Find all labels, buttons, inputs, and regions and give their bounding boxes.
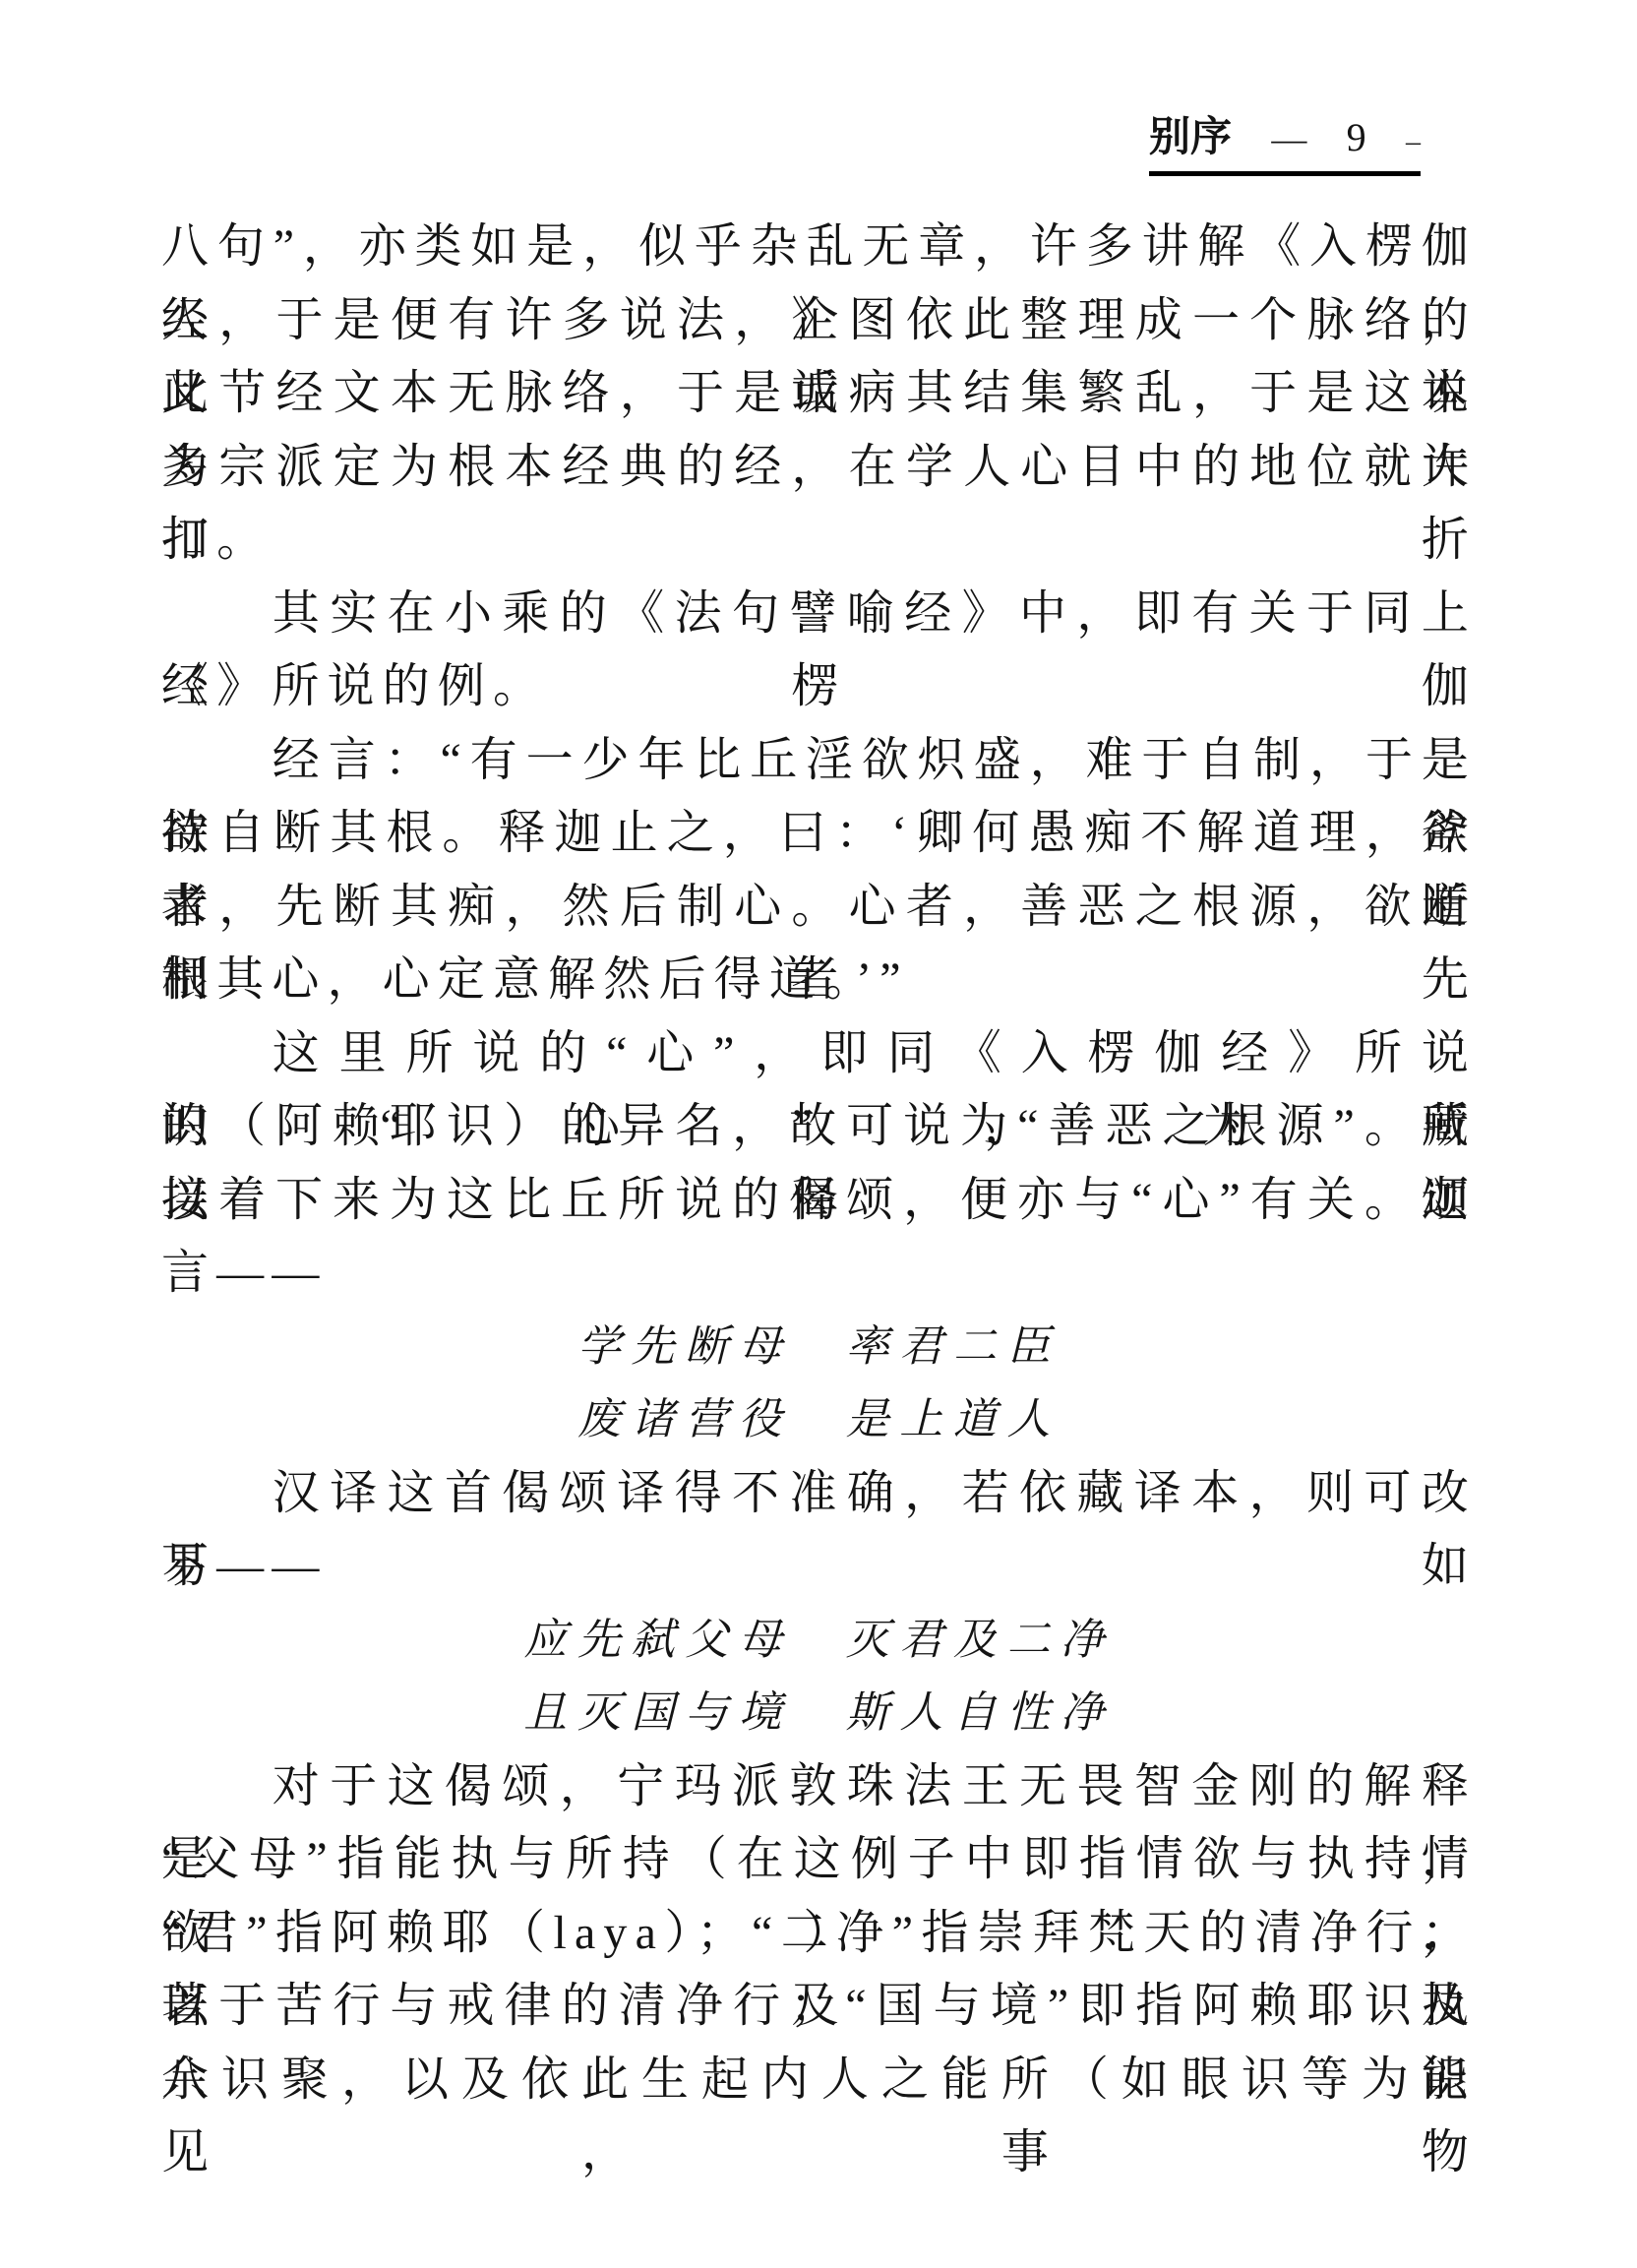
header-dash-right: –: [1406, 125, 1421, 158]
verse-line: 学先断母 率君二臣: [161, 1311, 1477, 1384]
text-line: 经言：“有一少年比丘淫欲炽盛，难于自制，于是持斧: [161, 724, 1477, 798]
text-line: 此节经文本无脉络，于是诟病其结集繁乱，于是这本为许: [161, 357, 1477, 431]
verse-line: 应先弑父母 灭君及二净: [161, 1604, 1477, 1678]
section-title: 别序: [1149, 104, 1232, 163]
text-line: 言——: [161, 1237, 1477, 1311]
book-page: 别序 — 9 – 八句”，亦类如是，似乎杂乱无章，许多讲解《入楞伽经》的 人，于…: [0, 0, 1637, 2268]
text-line: 八句”，亦类如是，似乎杂乱无章，许多讲解《入楞伽经》的: [161, 211, 1477, 284]
text-line: 八识聚，以及依此生起内人之能所（如眼识等为能见，事物: [161, 2044, 1477, 2117]
text-line: 人，于是便有许多说法，企图依此整理成一个脉络，又或说: [161, 284, 1477, 358]
text-line: 著于苦行与戒律的清净行；“国与境”即指阿赖耶识及余识: [161, 1970, 1477, 2044]
verse-line: 且灭国与境 斯人自性净: [161, 1677, 1477, 1750]
text-line: 识（阿赖耶识）的异名，故可说为“善恶之根源”。所以释迦: [161, 1090, 1477, 1164]
text-line: 接着下来为这比丘所说的偈颂，便亦与“心”有关。颂: [161, 1164, 1477, 1238]
text-line: “君”指阿赖耶（laya）；“二净”指崇拜梵天的清净行，以及执: [161, 1897, 1477, 1971]
text-line: 其实在小乘的《法句譬喻经》中，即有关于同上《楞伽: [161, 578, 1477, 651]
text-line: 多宗派定为根本经典的经，在学人心目中的地位就大打折: [161, 431, 1477, 505]
text-line: “父母”指能执与所持（在这例子中即指情欲与执持情欲）；: [161, 1823, 1477, 1897]
text-block: 八句”，亦类如是，似乎杂乱无章，许多讲解《入楞伽经》的 人，于是便有许多说法，企…: [161, 211, 1477, 2116]
header-dash-left: —: [1271, 118, 1306, 159]
text-line: 这里所说的“心”，即同《入楞伽经》所说的“心”，为藏: [161, 1017, 1477, 1091]
text-line: 汉译这首偈颂译得不准确，若依藏译本，则可改易如: [161, 1457, 1477, 1531]
text-line: 者，先断其痴，然后制心。心者，善恶之根源，欲断根者先: [161, 871, 1477, 945]
text-line: 欲自断其根。释迦止之，曰：‘卿何愚痴不解道理，欲求道: [161, 797, 1477, 871]
page-number: 9: [1347, 114, 1366, 160]
text-line: 对于这偈颂，宁玛派敦珠法王无畏智金刚的解释是，: [161, 1750, 1477, 1824]
verse-line: 废诸营役 是上道人: [161, 1383, 1477, 1457]
page-header: 别序 — 9 –: [1149, 104, 1421, 176]
